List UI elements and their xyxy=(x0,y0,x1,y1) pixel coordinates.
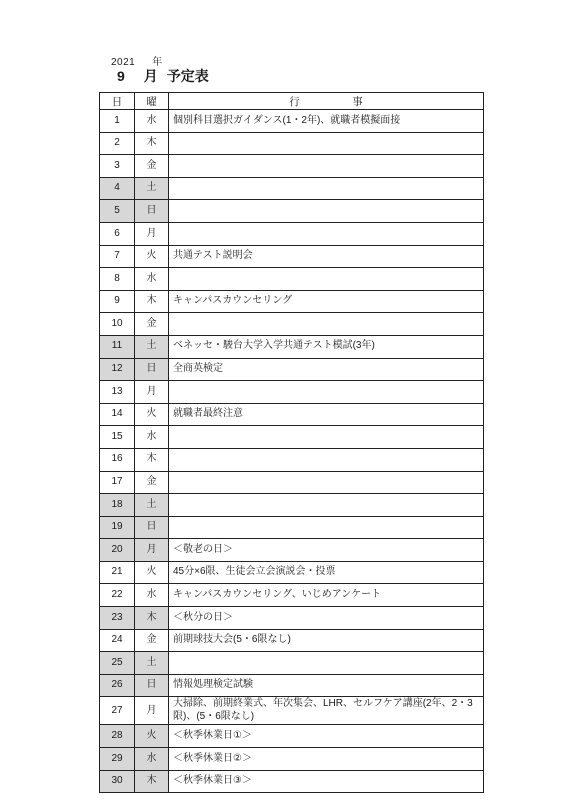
event-cell: 情報処理検定試験 xyxy=(169,674,484,697)
day-cell: 5 xyxy=(100,200,135,223)
table-row: 19日 xyxy=(100,516,484,539)
day-cell: 30 xyxy=(100,770,135,793)
schedule-table-body: 1水個別科目選択ガイダンス(1・2年)、就職者模擬面接2木3金4土5日6月7火共… xyxy=(100,110,484,793)
event-cell: 共通テスト説明会 xyxy=(169,245,484,268)
event-cell: 就職者最終注意 xyxy=(169,403,484,426)
table-row: 15水 xyxy=(100,426,484,449)
event-cell xyxy=(169,426,484,449)
event-cell xyxy=(169,381,484,404)
event-cell xyxy=(169,268,484,291)
day-cell: 19 xyxy=(100,516,135,539)
table-row: 3金 xyxy=(100,155,484,178)
weekday-cell: 金 xyxy=(135,155,169,178)
weekday-cell: 水 xyxy=(135,584,169,607)
weekday-cell: 水 xyxy=(135,426,169,449)
event-cell xyxy=(169,652,484,675)
table-row: 27月大掃除、前期終業式、年次集会、LHR、セルフケア講座(2年、2・3限)、(… xyxy=(100,697,484,725)
table-row: 7火共通テスト説明会 xyxy=(100,245,484,268)
table-row: 28火＜秋季休業日①＞ xyxy=(100,725,484,748)
table-row: 24金前期球技大会(5・6限なし) xyxy=(100,629,484,652)
day-cell: 10 xyxy=(100,313,135,336)
table-row: 17金 xyxy=(100,471,484,494)
day-cell: 23 xyxy=(100,607,135,630)
day-cell: 13 xyxy=(100,381,135,404)
day-cell: 24 xyxy=(100,629,135,652)
event-cell: ＜秋分の日＞ xyxy=(169,607,484,630)
event-cell xyxy=(169,516,484,539)
table-row: 25土 xyxy=(100,652,484,675)
day-cell: 2 xyxy=(100,132,135,155)
weekday-cell: 日 xyxy=(135,674,169,697)
table-row: 20月＜敬老の日＞ xyxy=(100,539,484,562)
weekday-cell: 水 xyxy=(135,268,169,291)
table-row: 10金 xyxy=(100,313,484,336)
event-cell xyxy=(169,132,484,155)
event-cell xyxy=(169,177,484,200)
column-header-day: 日 xyxy=(100,93,135,110)
event-cell: ＜秋季休業日②＞ xyxy=(169,748,484,771)
table-row: 5日 xyxy=(100,200,484,223)
event-cell xyxy=(169,448,484,471)
month-unit-label: 月 xyxy=(144,68,158,84)
weekday-cell: 水 xyxy=(135,748,169,771)
day-cell: 4 xyxy=(100,177,135,200)
weekday-cell: 金 xyxy=(135,313,169,336)
day-cell: 7 xyxy=(100,245,135,268)
event-cell: ＜敬老の日＞ xyxy=(169,539,484,562)
weekday-cell: 金 xyxy=(135,471,169,494)
table-row: 4土 xyxy=(100,177,484,200)
weekday-cell: 火 xyxy=(135,403,169,426)
day-cell: 27 xyxy=(100,697,135,725)
day-cell: 9 xyxy=(100,290,135,313)
day-cell: 3 xyxy=(100,155,135,178)
page-title: 予定表 xyxy=(167,68,209,84)
column-header-event: 行 事 xyxy=(169,93,484,110)
day-cell: 18 xyxy=(100,494,135,517)
weekday-cell: 土 xyxy=(135,494,169,517)
weekday-cell: 月 xyxy=(135,539,169,562)
event-cell: キャンパスカウンセリング xyxy=(169,290,484,313)
weekday-cell: 火 xyxy=(135,725,169,748)
event-cell: 全商英検定 xyxy=(169,358,484,381)
weekday-cell: 木 xyxy=(135,448,169,471)
event-cell: 45分×6限、生徒会立会演説会・投票 xyxy=(169,561,484,584)
day-cell: 25 xyxy=(100,652,135,675)
weekday-cell: 日 xyxy=(135,200,169,223)
weekday-cell: 木 xyxy=(135,770,169,793)
day-cell: 21 xyxy=(100,561,135,584)
event-cell: キャンパスカウンセリング、いじめアンケート xyxy=(169,584,484,607)
table-row: 30木＜秋季休業日③＞ xyxy=(100,770,484,793)
event-cell: ＜秋季休業日①＞ xyxy=(169,725,484,748)
table-row: 18土 xyxy=(100,494,484,517)
table-row: 22水キャンパスカウンセリング、いじめアンケート xyxy=(100,584,484,607)
weekday-cell: 水 xyxy=(135,110,169,133)
weekday-cell: 月 xyxy=(135,697,169,725)
day-cell: 11 xyxy=(100,335,135,358)
event-cell xyxy=(169,471,484,494)
event-cell xyxy=(169,222,484,245)
table-row: 26日情報処理検定試験 xyxy=(100,674,484,697)
weekday-cell: 金 xyxy=(135,629,169,652)
day-cell: 26 xyxy=(100,674,135,697)
event-cell: ＜秋季休業日③＞ xyxy=(169,770,484,793)
day-cell: 14 xyxy=(100,403,135,426)
table-row: 9木キャンパスカウンセリング xyxy=(100,290,484,313)
weekday-cell: 火 xyxy=(135,561,169,584)
schedule-document-page: 2021年 9月予定表 日 曜 行 事 1水個別科目選択ガイダンス(1・2年)、… xyxy=(0,0,565,800)
day-cell: 12 xyxy=(100,358,135,381)
day-cell: 20 xyxy=(100,539,135,562)
weekday-cell: 木 xyxy=(135,607,169,630)
weekday-cell: 木 xyxy=(135,132,169,155)
day-cell: 28 xyxy=(100,725,135,748)
weekday-cell: 月 xyxy=(135,222,169,245)
weekday-cell: 土 xyxy=(135,335,169,358)
event-cell xyxy=(169,200,484,223)
table-row: 21火45分×6限、生徒会立会演説会・投票 xyxy=(100,561,484,584)
weekday-cell: 木 xyxy=(135,290,169,313)
table-row: 2木 xyxy=(100,132,484,155)
weekday-cell: 日 xyxy=(135,358,169,381)
table-row: 1水個別科目選択ガイダンス(1・2年)、就職者模擬面接 xyxy=(100,110,484,133)
table-row: 6月 xyxy=(100,222,484,245)
event-cell xyxy=(169,155,484,178)
month-value: 9 xyxy=(117,68,125,84)
weekday-cell: 土 xyxy=(135,177,169,200)
table-row: 16木 xyxy=(100,448,484,471)
table-row: 11土ベネッセ・駿台大学入学共通テスト模試(3年) xyxy=(100,335,484,358)
weekday-cell: 火 xyxy=(135,245,169,268)
table-row: 13月 xyxy=(100,381,484,404)
title-line: 9月予定表 xyxy=(117,66,209,86)
table-row: 12日全商英検定 xyxy=(100,358,484,381)
event-cell: 大掃除、前期終業式、年次集会、LHR、セルフケア講座(2年、2・3限)、(5・6… xyxy=(169,697,484,725)
table-row: 8水 xyxy=(100,268,484,291)
day-cell: 29 xyxy=(100,748,135,771)
day-cell: 17 xyxy=(100,471,135,494)
day-cell: 8 xyxy=(100,268,135,291)
schedule-table: 日 曜 行 事 1水個別科目選択ガイダンス(1・2年)、就職者模擬面接2木3金4… xyxy=(99,92,484,793)
weekday-cell: 月 xyxy=(135,381,169,404)
event-cell xyxy=(169,494,484,517)
event-cell: ベネッセ・駿台大学入学共通テスト模試(3年) xyxy=(169,335,484,358)
weekday-cell: 日 xyxy=(135,516,169,539)
header-row: 日 曜 行 事 xyxy=(100,93,484,110)
day-cell: 22 xyxy=(100,584,135,607)
day-cell: 15 xyxy=(100,426,135,449)
table-row: 14火就職者最終注意 xyxy=(100,403,484,426)
event-cell: 個別科目選択ガイダンス(1・2年)、就職者模擬面接 xyxy=(169,110,484,133)
day-cell: 6 xyxy=(100,222,135,245)
table-row: 23木＜秋分の日＞ xyxy=(100,607,484,630)
weekday-cell: 土 xyxy=(135,652,169,675)
day-cell: 1 xyxy=(100,110,135,133)
event-cell xyxy=(169,313,484,336)
event-cell: 前期球技大会(5・6限なし) xyxy=(169,629,484,652)
table-row: 29水＜秋季休業日②＞ xyxy=(100,748,484,771)
day-cell: 16 xyxy=(100,448,135,471)
column-header-weekday: 曜 xyxy=(135,93,169,110)
